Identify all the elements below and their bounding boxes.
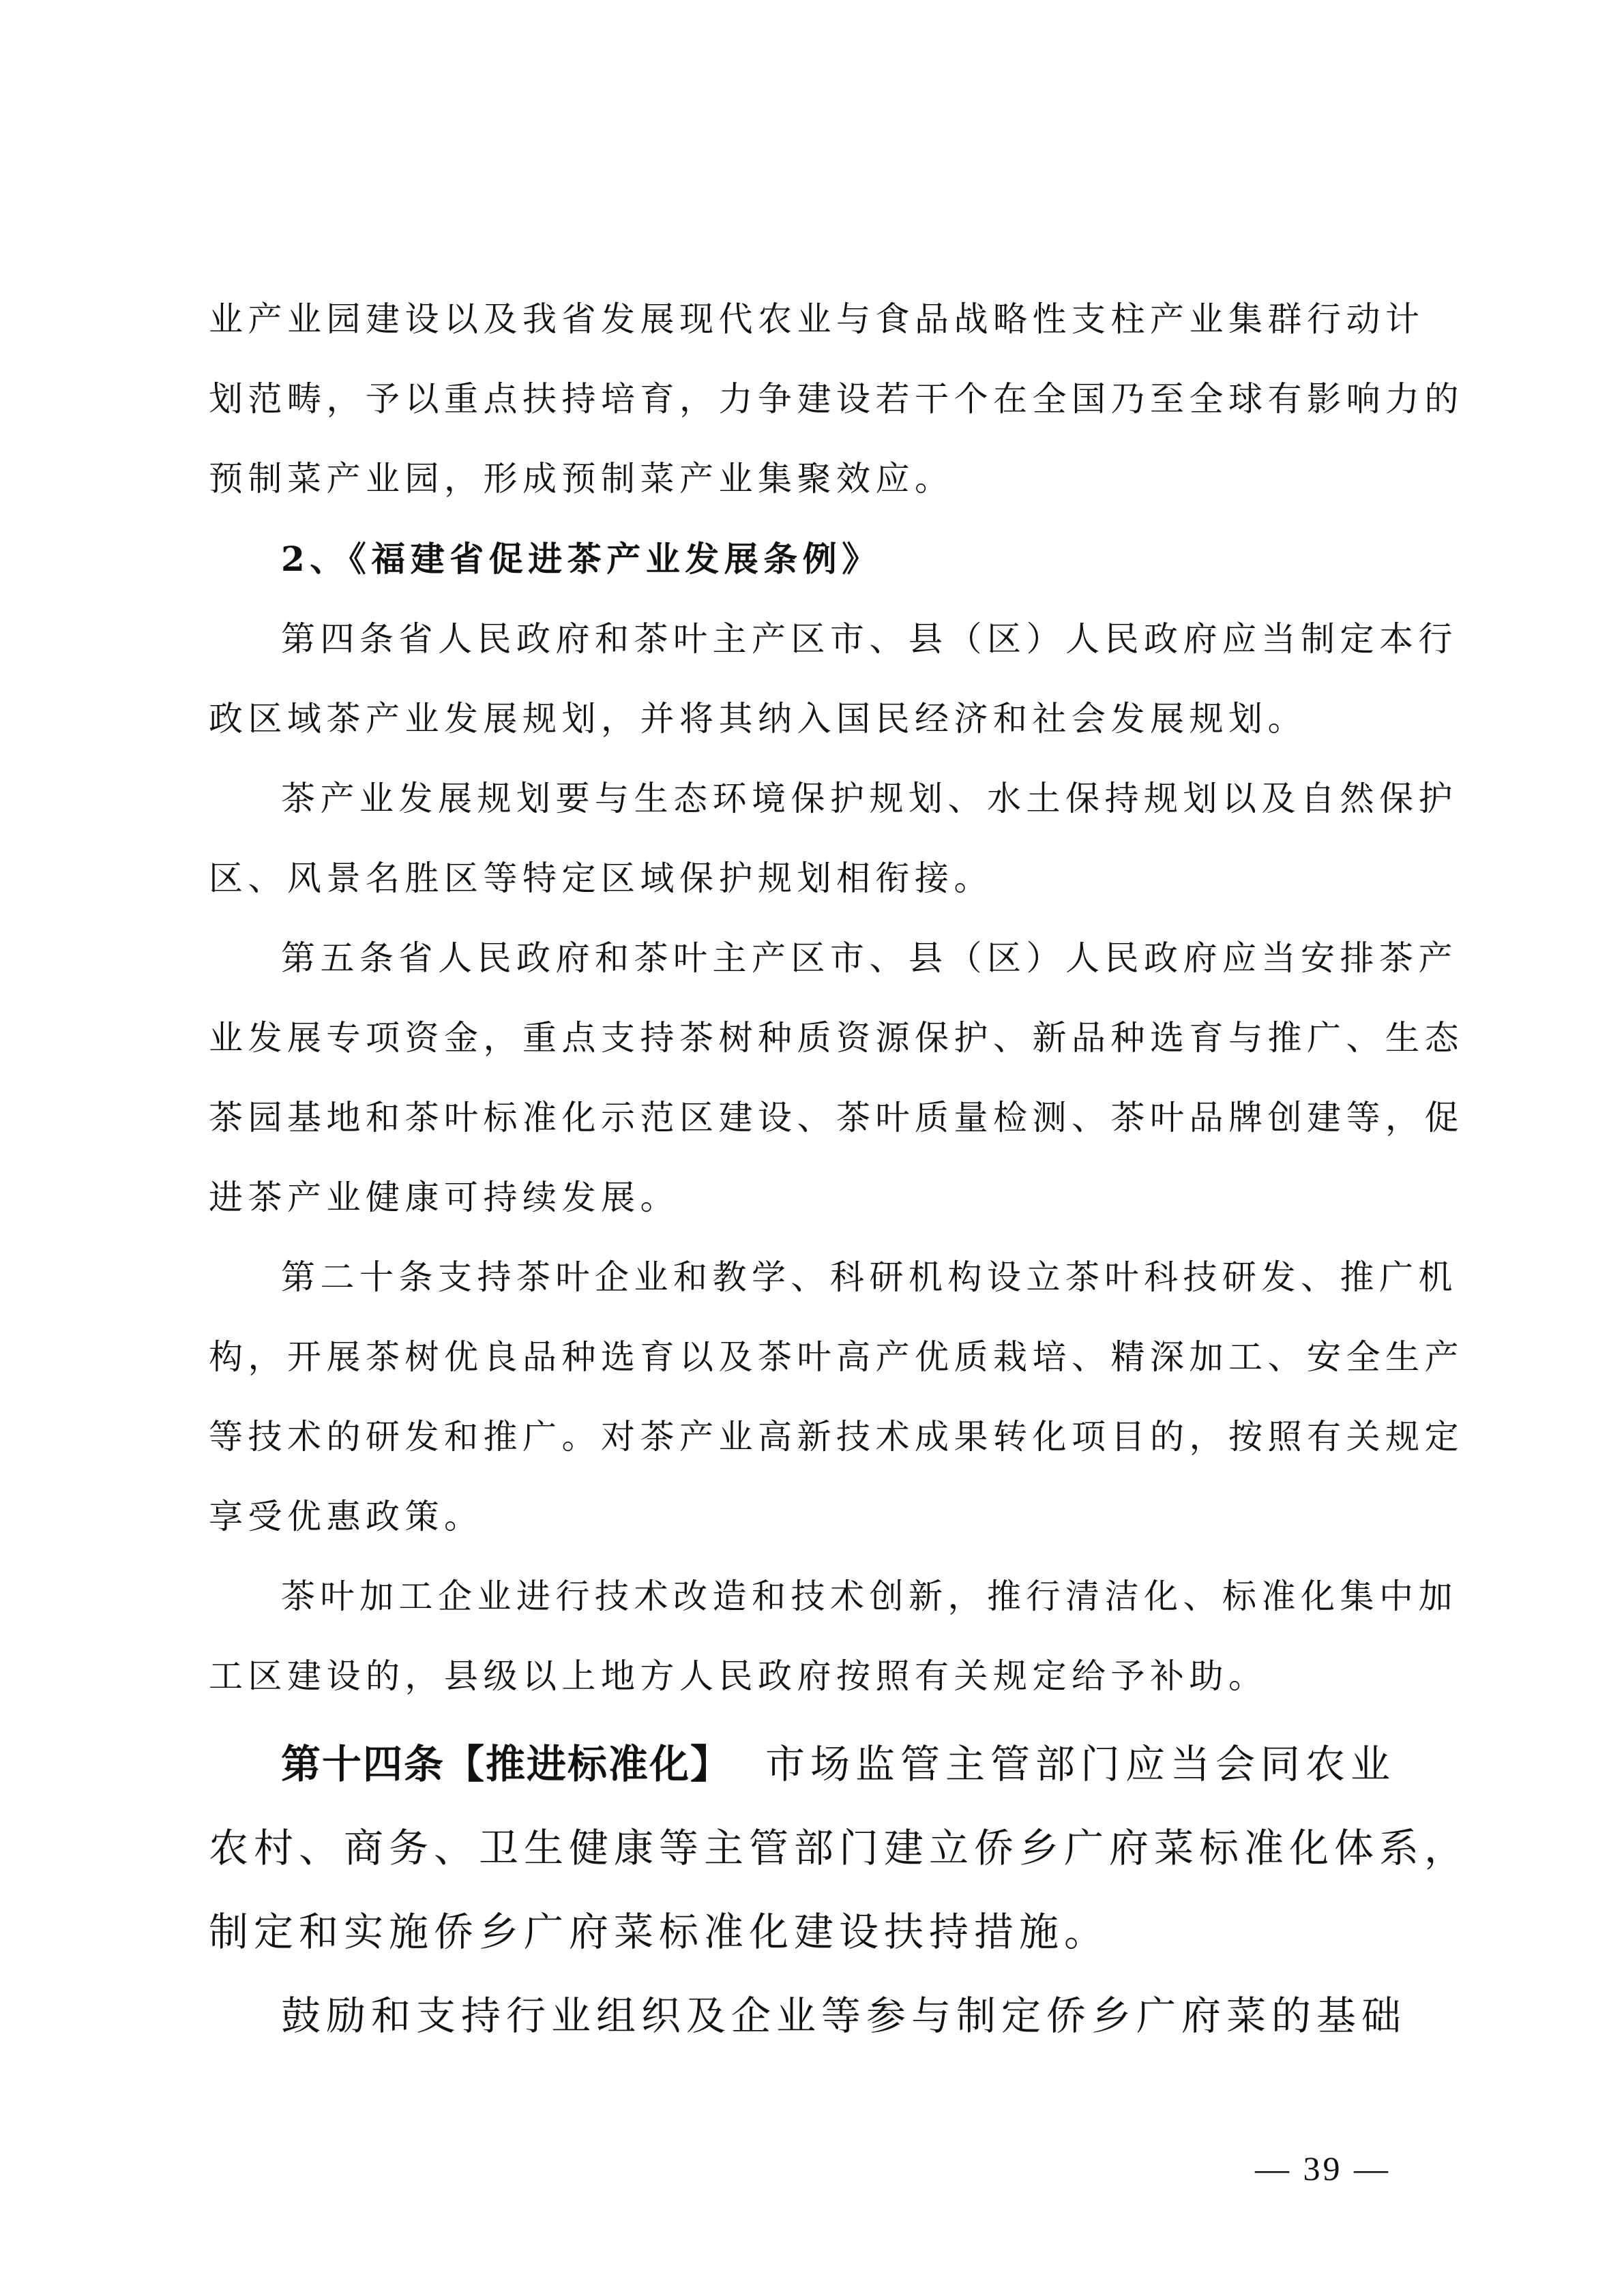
text-line: 农村、商务、卫生健康等主管部门建立侨乡广府菜标准化体系， <box>209 1824 1423 1872</box>
text-line: 茶产业发展规划要与生态环境保护规划、水土保持规划以及自然保护 <box>281 778 1495 819</box>
page-number: — 39 — <box>1255 2148 1391 2189</box>
text-line: 划范畴，予以重点扶持培育，力争建设若干个在全国乃至全球有影响力的 <box>209 378 1423 419</box>
text-line: 工区建设的，县级以上地方人民政府按照有关规定给予补助。 <box>209 1656 1423 1697</box>
text-line: 茶园基地和茶叶标准化示范区建设、茶叶质量检测、茶叶品牌创建等，促 <box>209 1097 1423 1138</box>
text-line: 预制菜产业园，形成预制菜产业集聚效应。 <box>209 458 1423 499</box>
section-heading: 2、《福建省促进茶产业发展条例》 <box>281 539 1495 580</box>
text-line: 第五条省人民政府和茶叶主产区市、县（区）人民政府应当安排茶产 <box>281 938 1495 979</box>
text-line: 业发展专项资金，重点支持茶树种质资源保护、新品种选育与推广、生态 <box>209 1017 1423 1058</box>
text-line: 第二十条支持茶叶企业和教学、科研机构设立茶叶科技研发、推广机 <box>281 1257 1495 1298</box>
text-span: 市场监管主管部门应当会同农业 <box>765 1741 1396 1787</box>
text-line: 享受优惠政策。 <box>209 1496 1423 1537</box>
text-line: 业产业园建设以及我省发展现代农业与食品战略性支柱产业集群行动计 <box>209 299 1423 340</box>
article-title: 第十四条【推进标准化】 <box>281 1741 731 1787</box>
text-line: 鼓励和支持行业组织及企业等参与制定侨乡广府菜的基础 <box>281 1992 1495 2040</box>
article-first-line: 第十四条【推进标准化】市场监管主管部门应当会同农业 <box>281 1740 1495 1788</box>
document-page: 业产业园建设以及我省发展现代农业与食品战略性支柱产业集群行动计 划范畴，予以重点… <box>0 0 1624 2296</box>
text-line: 制定和实施侨乡广府菜标准化建设扶持措施。 <box>209 1908 1423 1956</box>
text-line: 第四条省人民政府和茶叶主产区市、县（区）人民政府应当制定本行 <box>281 618 1495 659</box>
text-line: 进茶产业健康可持续发展。 <box>209 1177 1423 1218</box>
text-line: 茶叶加工企业进行技术改造和技术创新，推行清洁化、标准化集中加 <box>281 1576 1495 1617</box>
text-line: 构，开展茶树优良品种选育以及茶叶高产优质栽培、精深加工、安全生产 <box>209 1337 1423 1377</box>
text-line: 区、风景名胜区等特定区域保护规划相衔接。 <box>209 858 1423 899</box>
text-line: 政区域茶产业发展规划，并将其纳入国民经济和社会发展规划。 <box>209 698 1423 739</box>
text-line: 等技术的研发和推广。对茶产业高新技术成果转化项目的，按照有关规定 <box>209 1416 1423 1457</box>
